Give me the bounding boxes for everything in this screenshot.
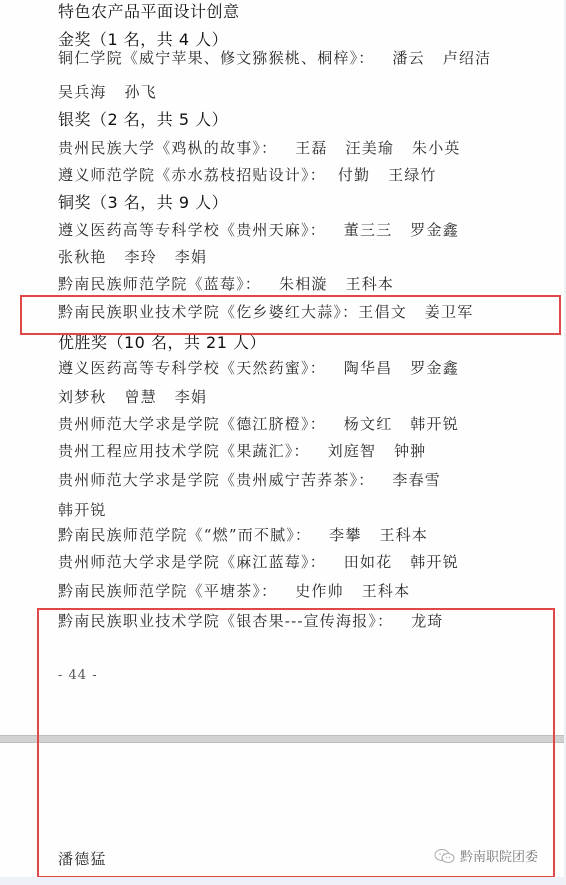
entry-line: 张秋艳 李玲 李娟 <box>58 247 207 267</box>
highlight-box-2 <box>37 608 555 878</box>
entry-line: 贵州师范大学求是学院《德江脐橙》： 杨文红 韩开锐 <box>58 414 459 434</box>
entry-line: 韩开锐 <box>58 500 107 520</box>
entry-line: 遵义医药高等专科学校《贵州天麻》： 董三三 罗金鑫 <box>58 220 459 240</box>
entry-line: 黔南民族师范学院《“燃”而不腻》： 李攀 王科本 <box>58 525 428 545</box>
entry-line: 遵义医药高等专科学校《天然药蜜》： 陶华昌 罗金鑫 <box>58 358 459 378</box>
entry-line: 贵州工程应用技术学院《果蔬汇》： 刘庭智 钟翀 <box>58 441 427 461</box>
entry-line: 遵义师范学院《赤水荔枝招贴设计》： 付勤 王绿竹 <box>58 165 437 185</box>
entry-line: 贵州民族大学《鸡枞的故事》： 王磊 汪美瑜 朱小英 <box>58 138 461 158</box>
entry-line: 贵州师范大学求是学院《麻江蓝莓》： 田如花 韩开锐 <box>58 552 459 572</box>
section-heading-excellence: 优胜奖（10 名，共 21 人） <box>58 333 266 353</box>
highlight-box-1 <box>20 295 561 335</box>
entry-line: 铜仁学院《威宁苹果、修文猕猴桃、桐梓》： 潘云 卢绍洁 <box>58 48 491 68</box>
document-title: 特色农产品平面设计创意 <box>58 2 240 22</box>
entry-line: 吴兵海 孙飞 <box>58 82 157 102</box>
watermark-text: 黔南职院团委 <box>460 846 538 865</box>
entry-line: 贵州师范大学求是学院《贵州威宁苦荞茶》： 李春雪 <box>58 470 441 490</box>
entry-line: 刘梦秋 曾慧 李娟 <box>58 387 207 407</box>
bottom-strip <box>0 877 566 885</box>
entry-line: 黔南民族师范学院《蓝莓》： 朱相漩 王科本 <box>58 274 394 294</box>
section-heading-bronze: 铜奖（3 名，共 9 人） <box>58 193 228 213</box>
watermark: 黔南职院团委 <box>434 846 538 865</box>
entry-line: 黔南民族师范学院《平塘茶》： 史作帅 王科本 <box>58 581 410 601</box>
section-heading-gold: 金奖（1 名，共 4 人） <box>58 30 228 50</box>
section-heading-silver: 银奖（2 名，共 5 人） <box>58 110 228 130</box>
wechat-icon <box>434 848 456 864</box>
